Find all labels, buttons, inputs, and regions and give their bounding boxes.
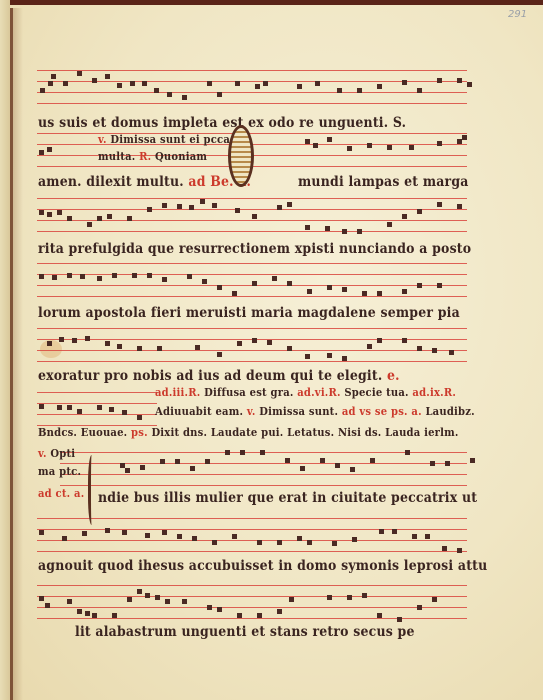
lyric-text: ndie bus illis mulier que erat in ciuita…	[98, 488, 477, 505]
rubric-text: ad.iii.R.	[155, 387, 204, 400]
neume	[130, 81, 135, 86]
neume	[287, 202, 292, 207]
staff-line	[60, 474, 467, 475]
neume	[85, 611, 90, 616]
neume	[205, 459, 210, 464]
neume	[417, 88, 422, 93]
lyric-line: mundi lampas et marga	[298, 172, 469, 189]
neume	[287, 281, 292, 286]
neume	[182, 599, 187, 604]
neume	[232, 534, 237, 539]
neume	[142, 81, 147, 86]
neume	[332, 541, 337, 546]
neume	[72, 338, 77, 343]
neume	[417, 346, 422, 351]
staff-line	[37, 103, 467, 104]
neume	[307, 540, 312, 545]
lyric-line: rita prefulgida que resurrectionem xpist…	[38, 239, 471, 256]
music-staff	[37, 392, 157, 426]
neume	[122, 530, 127, 535]
neume	[277, 540, 282, 545]
neume	[212, 203, 217, 208]
neume	[457, 78, 462, 83]
neume	[377, 84, 382, 89]
neume	[327, 353, 332, 358]
neume	[47, 212, 52, 217]
neume	[145, 593, 150, 598]
neume	[350, 467, 355, 472]
staff-line	[60, 485, 467, 486]
lyric-line: v. Dimissa sunt ei pcca	[98, 134, 230, 147]
lyric-line: ad.iii.R. Diffusa est gra. ad.vi.R. Spec…	[155, 387, 456, 400]
staff-line	[37, 231, 467, 232]
page-left-edge	[0, 0, 10, 700]
neume	[87, 222, 92, 227]
neume	[240, 450, 245, 455]
neume	[200, 199, 205, 204]
neume	[57, 210, 62, 215]
neume	[347, 595, 352, 600]
lyric-line: amen. dilexit multu. ad Be. a.	[38, 172, 251, 189]
neume	[402, 338, 407, 343]
lyric-text: Dixit dns. Laudate pui. Letatus. Nisi ds…	[151, 427, 458, 440]
staff-line	[37, 529, 467, 530]
neume	[51, 74, 56, 79]
neume	[305, 225, 310, 230]
neume	[367, 344, 372, 349]
rubric-text: v.	[38, 448, 50, 461]
neume	[105, 528, 110, 533]
neume	[470, 458, 475, 463]
neume	[207, 605, 212, 610]
neume	[225, 450, 230, 455]
neume	[52, 275, 57, 280]
neume	[417, 283, 422, 288]
neume	[167, 92, 172, 97]
lyric-text: Bndcs. Euouae.	[38, 427, 131, 440]
lyric-line: v. Opti	[38, 448, 75, 461]
neume	[207, 81, 212, 86]
neume	[297, 84, 302, 89]
neume	[437, 202, 442, 207]
neume	[377, 613, 382, 618]
staff-line	[37, 296, 467, 297]
rubric-text: R.	[139, 151, 155, 164]
neume	[162, 277, 167, 282]
rubric-text: ad ct. a.	[38, 488, 84, 501]
staff-line	[37, 209, 467, 210]
neume	[392, 529, 397, 534]
neume	[217, 352, 222, 357]
neume	[252, 338, 257, 343]
neume	[117, 344, 122, 349]
neume	[127, 597, 132, 602]
rubric-text: ps.	[131, 427, 151, 440]
neume	[57, 405, 62, 410]
neume	[190, 466, 195, 471]
neume	[320, 458, 325, 463]
lyric-line: Adiuuabit eam. v. Dimissa sunt. ad vs se…	[155, 406, 475, 419]
staff-line	[37, 392, 157, 393]
neume	[67, 405, 72, 410]
neume	[327, 285, 332, 290]
neume	[182, 95, 187, 100]
neume	[342, 287, 347, 292]
neume	[177, 534, 182, 539]
neume	[39, 150, 44, 155]
neume	[379, 529, 384, 534]
neume	[162, 530, 167, 535]
lyric-text: us suis et domus impleta est ex odo re u…	[38, 113, 406, 130]
lyric-text: Laudibz.	[425, 406, 474, 419]
neume	[77, 409, 82, 414]
neume	[387, 145, 392, 150]
lyric-line: Bndcs. Euouae. ps. Dixit dns. Laudate pu…	[38, 427, 459, 440]
neume	[237, 341, 242, 346]
neume	[112, 273, 117, 278]
neume	[377, 291, 382, 296]
neume	[342, 356, 347, 361]
neume	[462, 135, 467, 140]
neume	[325, 226, 330, 231]
neume	[187, 274, 192, 279]
lyric-text: exoratur pro nobis ad ius ad deum qui te…	[38, 366, 387, 383]
neume	[105, 74, 110, 79]
neume	[335, 463, 340, 468]
neume	[277, 205, 282, 210]
neume	[307, 289, 312, 294]
neume	[417, 209, 422, 214]
neume	[402, 289, 407, 294]
neume	[409, 145, 414, 150]
neume	[192, 536, 197, 541]
neume	[377, 338, 382, 343]
neume	[97, 405, 102, 410]
neume	[257, 613, 262, 618]
neume	[402, 80, 407, 85]
neume	[160, 459, 165, 464]
neume	[217, 607, 222, 612]
neume	[449, 350, 454, 355]
neume	[305, 139, 310, 144]
neume	[285, 458, 290, 463]
neume	[189, 205, 194, 210]
neume	[277, 609, 282, 614]
neume	[217, 285, 222, 290]
neume	[77, 609, 82, 614]
neume	[467, 82, 472, 87]
neume	[39, 210, 44, 215]
neume	[357, 229, 362, 234]
neume	[137, 415, 142, 420]
lyric-text: amen. dilexit multu.	[38, 172, 188, 189]
neume	[347, 146, 352, 151]
neume	[125, 468, 130, 473]
staff-line	[37, 403, 157, 404]
lyric-line: exoratur pro nobis ad ius ad deum qui te…	[38, 366, 400, 383]
staff-line	[37, 198, 467, 199]
lyric-text: Specie tua.	[344, 387, 412, 400]
neume	[432, 348, 437, 353]
neume	[132, 273, 137, 278]
neume	[137, 346, 142, 351]
neume	[327, 137, 332, 142]
neume	[67, 216, 72, 221]
music-staff	[37, 263, 467, 297]
rubric-text: ad.ix.R.	[412, 387, 456, 400]
neume	[77, 71, 82, 76]
neume	[232, 291, 237, 296]
neume	[162, 203, 167, 208]
neume	[154, 88, 159, 93]
neume	[112, 613, 117, 618]
neume	[117, 83, 122, 88]
neume	[39, 530, 44, 535]
lyric-text: Dimissa sunt.	[259, 406, 342, 419]
staff-line	[37, 540, 467, 541]
staff-line	[37, 361, 467, 362]
music-staff	[37, 328, 467, 362]
neume	[177, 204, 182, 209]
lyric-text: agnouit quod ihesus accubuisset in domo …	[38, 556, 487, 573]
neume	[457, 204, 462, 209]
lyric-text: multa.	[98, 151, 139, 164]
lyric-line: agnouit quod ihesus accubuisset in domo …	[38, 556, 487, 573]
neume	[195, 345, 200, 350]
neume	[235, 208, 240, 213]
neume	[387, 222, 392, 227]
lyric-text: Dimissa sunt ei pcca	[110, 134, 230, 147]
neume	[47, 341, 52, 346]
gutter-shadow	[13, 8, 23, 700]
neume	[255, 84, 260, 89]
neume	[430, 461, 435, 466]
neume	[402, 214, 407, 219]
decorated-initial-I	[88, 455, 97, 525]
neume	[412, 534, 417, 539]
neume	[97, 216, 102, 221]
neume	[47, 147, 52, 152]
lyric-line: ad ct. a.	[38, 488, 84, 501]
neume	[405, 450, 410, 455]
neume	[127, 216, 132, 221]
rubric-text: ad vs se ps. a.	[342, 406, 426, 419]
neume	[362, 593, 367, 598]
neume	[92, 78, 97, 83]
neume	[337, 88, 342, 93]
lyric-text: lorum apostola fieri meruisti maria magd…	[38, 303, 460, 320]
rubric-text: v.	[98, 134, 110, 147]
book-top-edge	[0, 0, 543, 5]
neume	[370, 458, 375, 463]
lyric-line: lorum apostola fieri meruisti maria magd…	[38, 303, 460, 320]
staff-line	[37, 92, 467, 93]
neume	[147, 273, 152, 278]
neume	[85, 336, 90, 341]
neume	[267, 340, 272, 345]
staff-line	[37, 518, 467, 519]
folio-number: 291	[508, 9, 527, 20]
music-staff	[37, 198, 467, 232]
neume	[45, 603, 50, 608]
lyric-line: lit alabastrum unguenti et stans retro s…	[75, 622, 415, 639]
neume	[289, 597, 294, 602]
staff-line	[37, 618, 467, 619]
neume	[313, 143, 318, 148]
neume	[63, 81, 68, 86]
staff-line	[37, 263, 467, 264]
neume	[59, 337, 64, 342]
neume	[157, 346, 162, 351]
neume	[147, 207, 152, 212]
lyric-text: ma ptc.	[38, 466, 81, 479]
manuscript-page: 291 us suis et domus impleta est ex odo …	[0, 0, 543, 700]
neume	[92, 613, 97, 618]
lyric-text: Diffusa est gra.	[204, 387, 297, 400]
staff-line	[37, 350, 467, 351]
neume	[445, 461, 450, 466]
lyric-line: us suis et domus impleta est ex odo re u…	[38, 113, 406, 130]
lyric-line: multa. R. Quoniam	[98, 151, 207, 164]
neume	[212, 540, 217, 545]
lyric-text: rita prefulgida que resurrectionem xpist…	[38, 239, 471, 256]
neume	[327, 595, 332, 600]
music-staff	[60, 452, 467, 486]
neume	[107, 214, 112, 219]
neume	[62, 536, 67, 541]
neume	[109, 407, 114, 412]
neume	[40, 88, 45, 93]
neume	[272, 276, 277, 281]
neume	[67, 599, 72, 604]
neume	[67, 273, 72, 278]
rubric-text: v.	[247, 406, 259, 419]
neume	[202, 279, 207, 284]
lyric-text: lit alabastrum unguenti et stans retro s…	[75, 622, 415, 639]
neume	[165, 599, 170, 604]
neume	[352, 537, 357, 542]
neume	[260, 450, 265, 455]
neume	[155, 595, 160, 600]
neume	[97, 276, 102, 281]
lyric-line: ma ptc.	[38, 466, 81, 479]
neume	[357, 88, 362, 93]
neume	[257, 540, 262, 545]
neume	[252, 281, 257, 286]
neume	[39, 274, 44, 279]
rubric-text: e.	[387, 366, 400, 383]
neume	[437, 78, 442, 83]
neume	[367, 143, 372, 148]
neume	[432, 597, 437, 602]
neume	[140, 465, 145, 470]
neume	[300, 466, 305, 471]
rubric-text: ad.vi.R.	[297, 387, 344, 400]
staff-line	[37, 328, 467, 329]
neume	[137, 589, 142, 594]
music-staff	[37, 518, 467, 552]
neume	[82, 531, 87, 536]
neume	[362, 291, 367, 296]
neume	[235, 81, 240, 86]
neume	[442, 546, 447, 551]
music-staff	[37, 70, 467, 104]
neume	[39, 596, 44, 601]
staff-line	[37, 70, 467, 71]
staff-line	[37, 607, 467, 608]
staff-line	[37, 596, 467, 597]
neume	[217, 92, 222, 97]
neume	[122, 410, 127, 415]
neume	[437, 283, 442, 288]
neume	[145, 533, 150, 538]
lyric-text: mundi lampas et marga	[298, 172, 469, 189]
neume	[252, 214, 257, 219]
lyric-text: Quoniam	[155, 151, 207, 164]
staff-line	[37, 274, 467, 275]
neume	[237, 613, 242, 618]
lyric-text: Adiuuabit eam.	[155, 406, 247, 419]
neume	[105, 341, 110, 346]
lyric-text: Opti	[50, 448, 75, 461]
music-staff	[37, 585, 467, 619]
neume	[315, 81, 320, 86]
neume	[80, 274, 85, 279]
neume	[297, 536, 302, 541]
lyric-line: ndie bus illis mulier que erat in ciuita…	[98, 488, 477, 505]
neume	[175, 459, 180, 464]
neume	[457, 548, 462, 553]
staff-line	[37, 585, 467, 586]
staff-line	[37, 425, 157, 426]
neume	[39, 404, 44, 409]
neume	[437, 141, 442, 146]
neume	[305, 354, 310, 359]
neume	[425, 534, 430, 539]
staff-line	[37, 551, 467, 552]
neume	[287, 346, 292, 351]
decorated-initial-O	[228, 125, 254, 187]
neume	[48, 81, 53, 86]
neume	[417, 605, 422, 610]
neume	[342, 229, 347, 234]
neume	[263, 81, 268, 86]
